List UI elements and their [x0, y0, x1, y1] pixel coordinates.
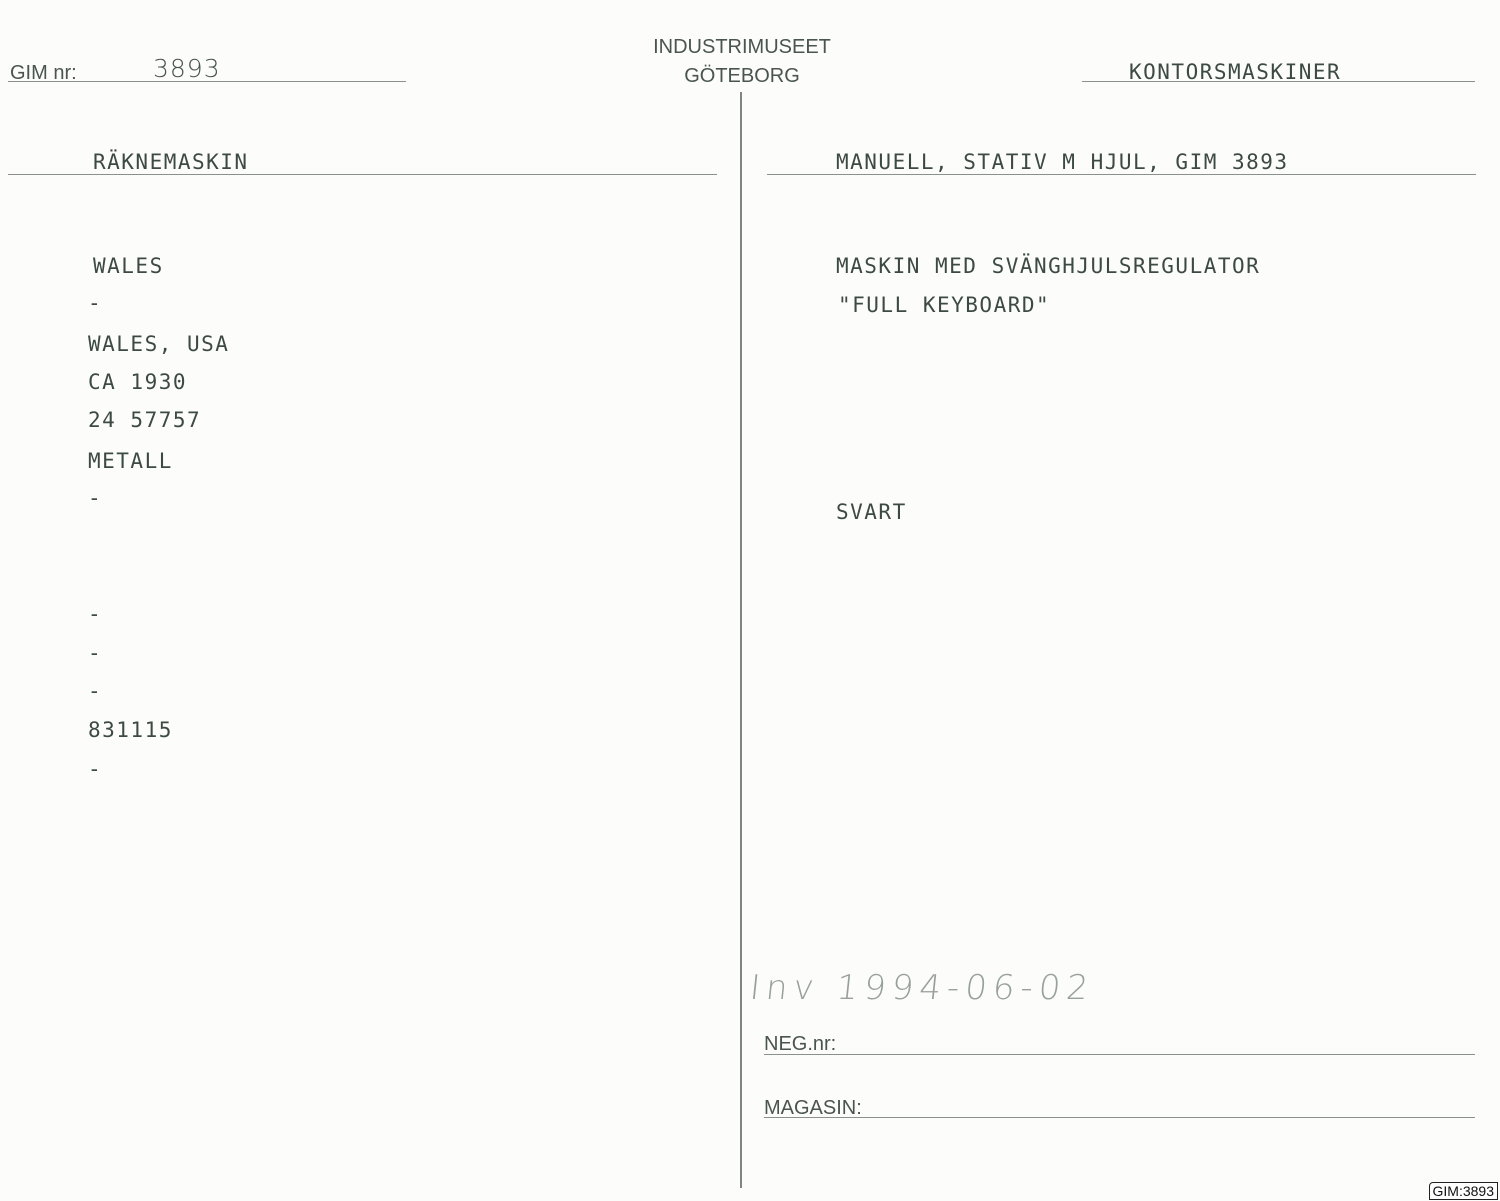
field-origin: WALES, USA — [88, 332, 229, 356]
category-underline — [1082, 81, 1475, 82]
field-serial: 24 57757 — [88, 408, 201, 432]
gim-stamp: GIM:3893 — [1429, 1182, 1498, 1200]
object-title: MANUELL, STATIV M HJUL, GIM 3893 — [836, 150, 1289, 174]
field-material: METALL — [88, 449, 173, 473]
gim-nr-value: 3893 — [153, 54, 221, 83]
institution-header: INDUSTRIMUSEET GÖTEBORG — [600, 33, 884, 91]
neg-nr-underline — [764, 1054, 1475, 1055]
gim-nr-underline — [8, 81, 406, 82]
field-date: CA 1930 — [88, 370, 187, 394]
institution-city: GÖTEBORG — [600, 62, 884, 91]
field-8: - — [88, 602, 102, 626]
field-manufacturer: WALES — [93, 254, 164, 278]
magasin-underline — [764, 1117, 1475, 1118]
field-12: - — [88, 757, 102, 781]
institution-name: INDUSTRIMUSEET — [600, 33, 884, 62]
object-name-underline — [8, 174, 717, 175]
field-9: - — [88, 641, 102, 665]
field-date-text: CA 1930 — [88, 370, 187, 394]
field-7: - — [88, 486, 102, 510]
handwritten-inventory-note: Inv 1994-06-02 — [748, 968, 1096, 1008]
field-acquisition-date: 831115 — [88, 718, 173, 742]
description-line-1: MASKIN MED SVÄNGHJULSREGULATOR — [836, 254, 1260, 278]
color-field: SVART — [836, 500, 907, 524]
center-divider — [740, 92, 742, 1188]
object-title-underline — [767, 174, 1476, 175]
object-name: RÄKNEMASKIN — [93, 150, 249, 174]
field-2: - — [88, 291, 102, 315]
field-10: - — [88, 679, 102, 703]
neg-nr-label: NEG.nr: — [764, 1033, 836, 1056]
description-line-2: "FULL KEYBOARD" — [838, 293, 1050, 317]
